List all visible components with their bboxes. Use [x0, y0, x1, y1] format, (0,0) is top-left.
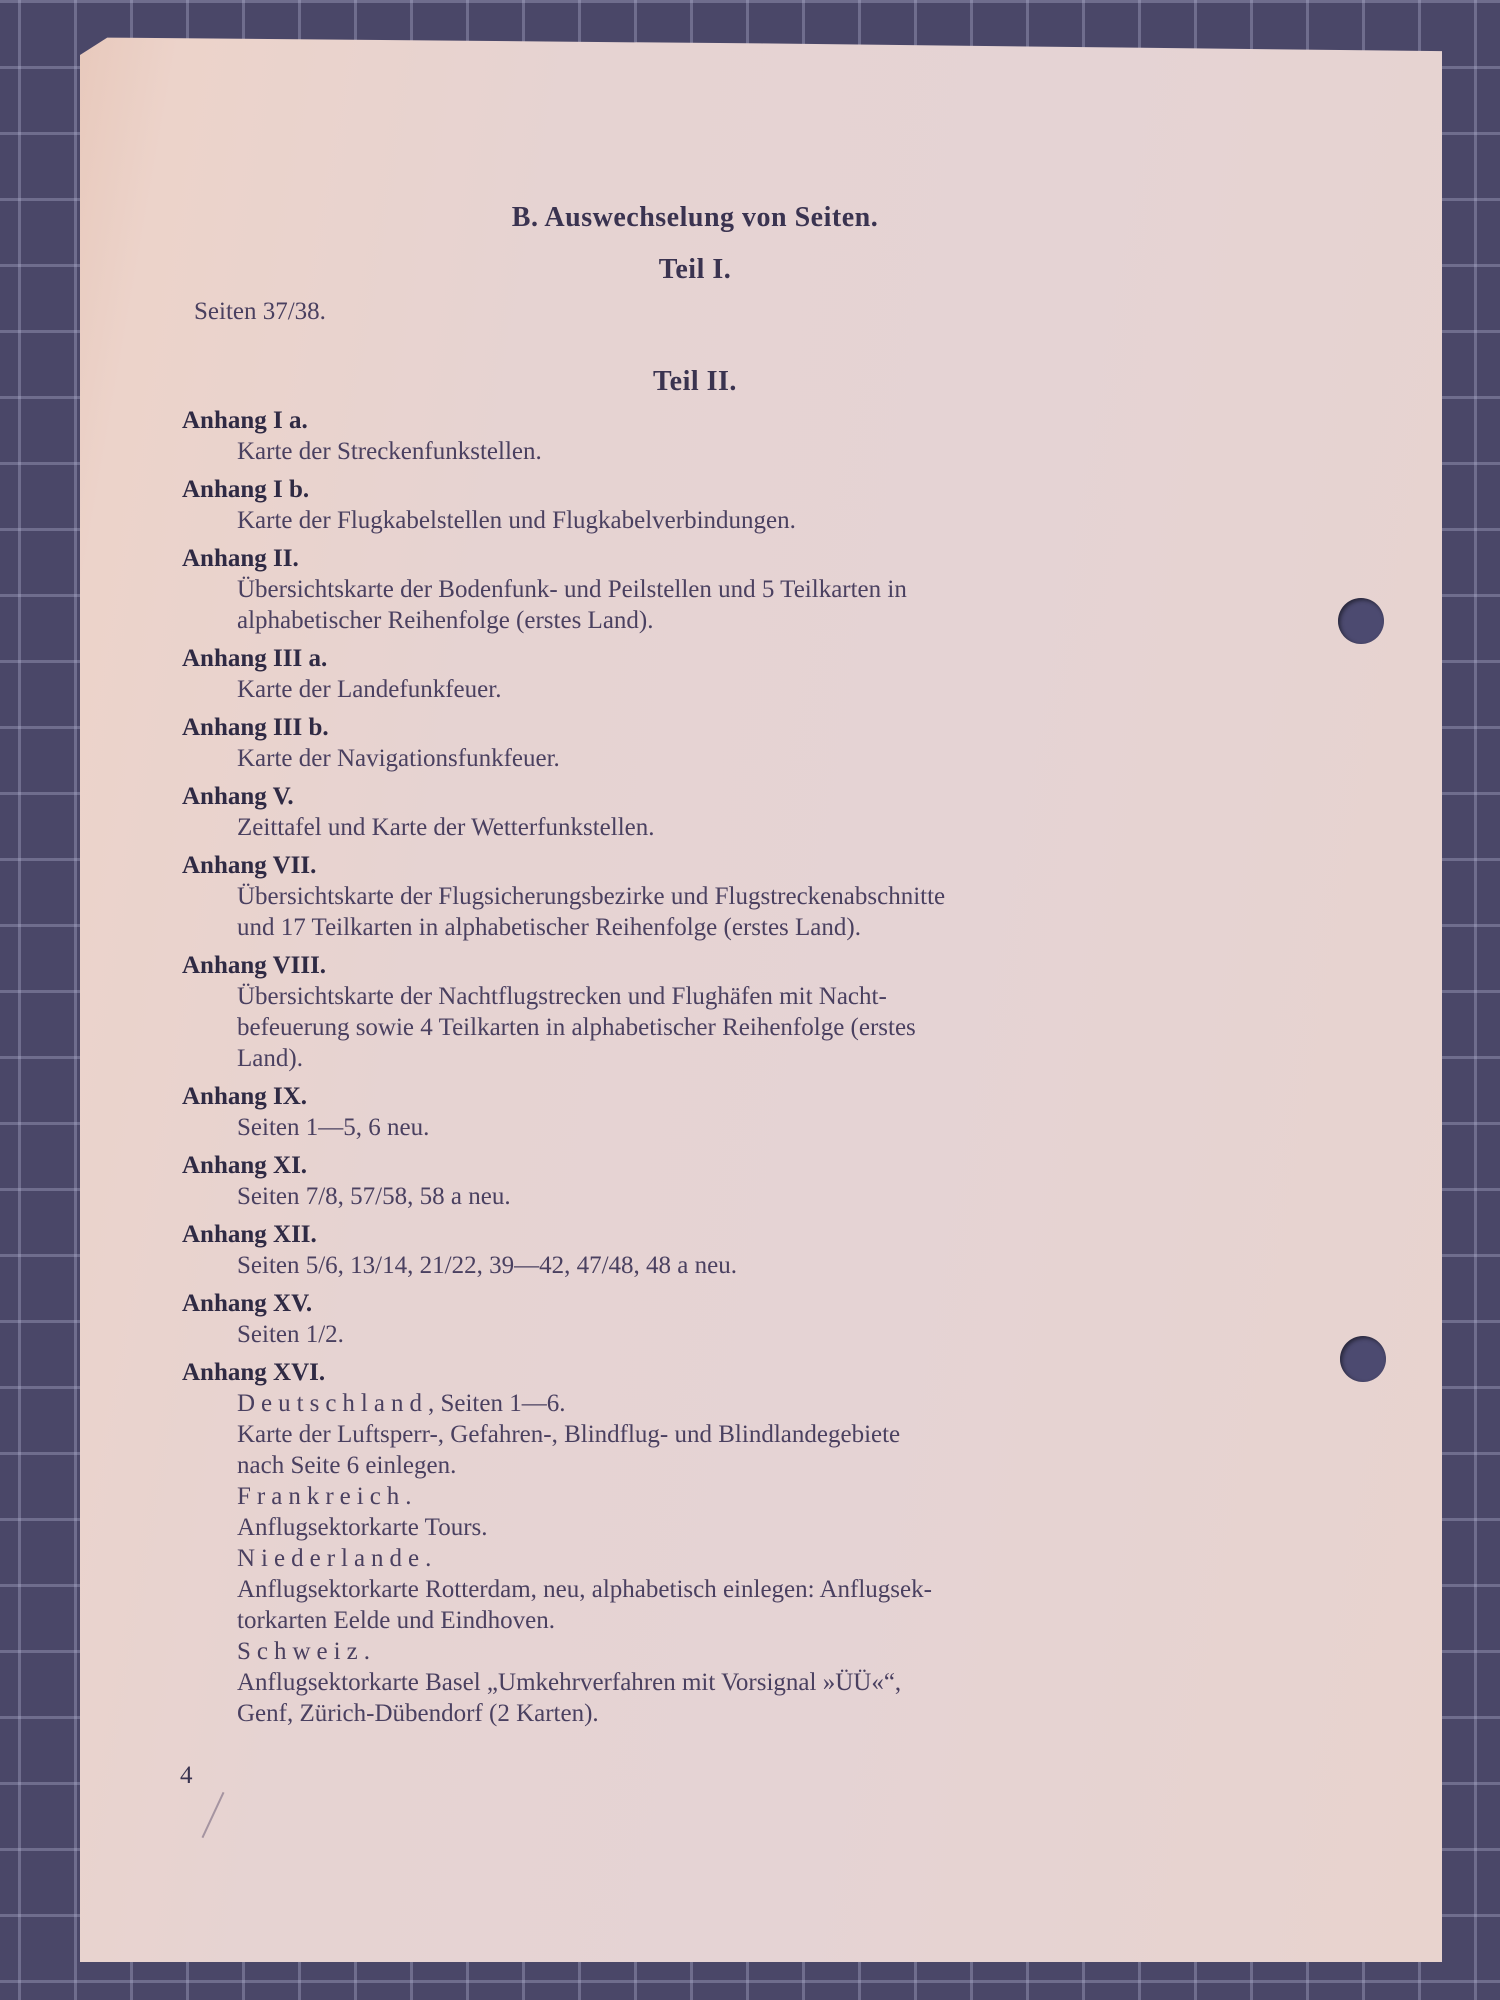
appendix-body: Übersichtskarte der Nachtflugstrecken un…	[182, 981, 1192, 1074]
appendix-heading: Anhang II.	[182, 544, 1192, 574]
part-2-title: Teil II.	[0, 366, 1390, 398]
appendix-heading: Anhang XVI.	[182, 1358, 1192, 1388]
appendix-line: und 17 Teilkarten in alphabetischer Reih…	[237, 912, 1192, 943]
appendix-entry: Anhang I a. Karte der Streckenfunkstelle…	[182, 406, 1192, 467]
appendix-heading: Anhang XV.	[182, 1289, 1192, 1319]
appendix-body: Seiten 7/8, 57/58, 58 a neu.	[182, 1181, 1192, 1212]
appendix-body: Karte der Streckenfunkstellen.	[182, 436, 1192, 467]
appendix-line: Übersichtskarte der Flugsicherungsbezirk…	[237, 881, 1192, 912]
appendix-entry: Anhang VIII. Übersichtskarte der Nachtfl…	[182, 951, 1192, 1074]
appendix-line: Zeittafel und Karte der Wetterfunkstelle…	[237, 812, 1192, 843]
appendix-line: Karte der Luftsperr-, Gefahren-, Blindfl…	[237, 1419, 1192, 1450]
appendix-body: Karte der Flugkabelstellen und Flugkabel…	[182, 505, 1192, 536]
appendix-body: Deutschland, Seiten 1—6. Karte der Lufts…	[182, 1388, 1192, 1729]
part-1-text: Seiten 37/38.	[194, 298, 326, 326]
country-name: Frankreich.	[237, 1481, 1192, 1512]
appendix-body: Karte der Navigationsfunkfeuer.	[182, 743, 1192, 774]
appendix-line: Land).	[237, 1043, 1192, 1074]
appendix-line: Genf, Zürich-Dübendorf (2 Karten).	[237, 1698, 1192, 1729]
appendix-line: torkarten Eelde und Eindhoven.	[237, 1605, 1192, 1636]
country-line-deutschland: Deutschland, Seiten 1—6.	[237, 1388, 1192, 1419]
page-number: 4	[180, 1762, 193, 1790]
country-name: Niederlande.	[237, 1543, 1192, 1574]
appendix-body: Übersichtskarte der Bodenfunk- und Peils…	[182, 574, 1192, 636]
appendix-heading: Anhang III b.	[182, 713, 1192, 743]
appendix-line: Anflugsektorkarte Tours.	[237, 1512, 1192, 1543]
appendix-line: Seiten 1/2.	[237, 1319, 1192, 1350]
appendix-entry: Anhang XI. Seiten 7/8, 57/58, 58 a neu.	[182, 1151, 1192, 1212]
appendix-entry: Anhang V. Zeittafel und Karte der Wetter…	[182, 782, 1192, 843]
appendix-entry: Anhang XV. Seiten 1/2.	[182, 1289, 1192, 1350]
appendix-entry-xvi: Anhang XVI. Deutschland, Seiten 1—6. Kar…	[182, 1358, 1192, 1729]
appendix-entry: Anhang I b. Karte der Flugkabelstellen u…	[182, 475, 1192, 536]
country-pages: , Seiten 1—6.	[428, 1390, 566, 1417]
appendix-entry: Anhang III a. Karte der Landefunkfeuer.	[182, 644, 1192, 705]
appendix-body: Zeittafel und Karte der Wetterfunkstelle…	[182, 812, 1192, 843]
appendix-line: Übersichtskarte der Nachtflugstrecken un…	[237, 981, 1192, 1012]
appendix-line: Übersichtskarte der Bodenfunk- und Peils…	[237, 574, 1192, 605]
appendix-heading: Anhang I a.	[182, 406, 1192, 436]
appendix-line: befeuerung sowie 4 Teilkarten in alphabe…	[237, 1012, 1192, 1043]
section-heading: B. Auswechselung von Seiten.	[0, 202, 1390, 234]
country-name: Deutschland	[237, 1390, 428, 1417]
appendix-entry: Anhang XII. Seiten 5/6, 13/14, 21/22, 39…	[182, 1220, 1192, 1281]
page-content: B. Auswechselung von Seiten. Teil I. Sei…	[0, 0, 1500, 2000]
appendix-heading: Anhang VIII.	[182, 951, 1192, 981]
pencil-mark	[202, 1792, 225, 1838]
appendix-heading: Anhang III a.	[182, 644, 1192, 674]
appendix-line: Karte der Navigationsfunkfeuer.	[237, 743, 1192, 774]
appendix-line: Seiten 1—5, 6 neu.	[237, 1112, 1192, 1143]
appendix-entry: Anhang VII. Übersichtskarte der Flugsich…	[182, 851, 1192, 943]
appendix-line: nach Seite 6 einlegen.	[237, 1450, 1192, 1481]
appendix-heading: Anhang IX.	[182, 1082, 1192, 1112]
appendix-line: Anflugsektorkarte Rotterdam, neu, alphab…	[237, 1574, 1192, 1605]
appendix-entry: Anhang III b. Karte der Navigationsfunkf…	[182, 713, 1192, 774]
appendix-heading: Anhang XI.	[182, 1151, 1192, 1181]
appendix-line: alphabetischer Reihenfolge (erstes Land)…	[237, 605, 1192, 636]
appendix-entry: Anhang II. Übersichtskarte der Bodenfunk…	[182, 544, 1192, 636]
appendix-body: Seiten 1/2.	[182, 1319, 1192, 1350]
country-name: Schweiz.	[237, 1636, 1192, 1667]
appendix-line: Karte der Streckenfunkstellen.	[237, 436, 1192, 467]
appendix-heading: Anhang VII.	[182, 851, 1192, 881]
appendix-heading: Anhang XII.	[182, 1220, 1192, 1250]
appendix-entry: Anhang IX. Seiten 1—5, 6 neu.	[182, 1082, 1192, 1143]
appendix-body: Seiten 1—5, 6 neu.	[182, 1112, 1192, 1143]
appendix-line: Karte der Landefunkfeuer.	[237, 674, 1192, 705]
appendix-body: Karte der Landefunkfeuer.	[182, 674, 1192, 705]
part-1-title: Teil I.	[0, 254, 1390, 286]
appendix-line: Anflugsektorkarte Basel „Umkehrverfahren…	[237, 1667, 1192, 1698]
appendix-list: Anhang I a. Karte der Streckenfunkstelle…	[182, 406, 1192, 1737]
appendix-heading: Anhang I b.	[182, 475, 1192, 505]
appendix-line: Seiten 7/8, 57/58, 58 a neu.	[237, 1181, 1192, 1212]
appendix-line: Seiten 5/6, 13/14, 21/22, 39—42, 47/48, …	[237, 1250, 1192, 1281]
appendix-line: Karte der Flugkabelstellen und Flugkabel…	[237, 505, 1192, 536]
appendix-heading: Anhang V.	[182, 782, 1192, 812]
appendix-body: Übersichtskarte der Flugsicherungsbezirk…	[182, 881, 1192, 943]
appendix-body: Seiten 5/6, 13/14, 21/22, 39—42, 47/48, …	[182, 1250, 1192, 1281]
